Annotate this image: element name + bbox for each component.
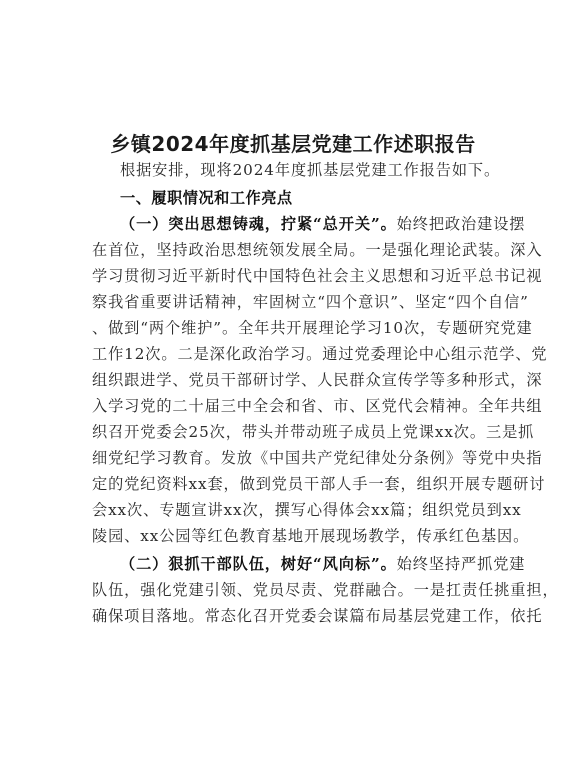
- paragraph-line: 组织跟进学、党员干部研讨学、人民群众宣传学等多种形式，深: [92, 369, 506, 391]
- subsection-heading: （二）狠抓干部队伍，树好“风向标”。: [120, 555, 397, 573]
- paragraph-line: 入学习党的二十届三中全会和省、市、区党代会精神。全年共组: [92, 395, 506, 417]
- paragraph-line: 工作12次。二是深化政治学习。通过党委理论中心组示范学、党: [92, 343, 506, 365]
- paragraph-line: 会xx次、专题宣讲xx次，撰写心得体会xx篇；组织党员到xx: [92, 499, 506, 521]
- paragraph-line: 细党纪学习教育。发放《中国共产党纪律处分条例》等党中央指: [92, 447, 506, 469]
- section-heading: 一、履职情况和工作亮点: [120, 187, 506, 209]
- paragraph-line: 队伍，强化党建引领、党员尽责、党群融合。一是扛责任挑重担，: [92, 579, 506, 601]
- paragraph-line: 陵园、xx公园等红色教育基地开展现场教学，传承红色基因。: [92, 525, 506, 547]
- paragraph-line: 察我省重要讲话精神，牢固树立“四个意识”、坚定“四个自信”: [92, 291, 506, 313]
- intro-paragraph: 根据安排，现将2024年度抓基层党建工作报告如下。: [120, 159, 506, 181]
- paragraph-line: 、做到“两个维护”。全年共开展理论学习10次，专题研究党建: [92, 317, 506, 339]
- paragraph-line: （二）狠抓干部队伍，树好“风向标”。始终坚持严抓党建: [120, 553, 506, 575]
- paragraph-line: 确保项目落地。常态化召开党委会谋篇布局基层党建工作，依托: [92, 605, 506, 627]
- subsection-heading: （一）突出思想铸魂，拧紧“总开关”。: [120, 215, 397, 233]
- document-page: 乡镇2024年度抓基层党建工作述职报告 根据安排，现将2024年度抓基层党建工作…: [0, 0, 586, 759]
- paragraph-line: （一）突出思想铸魂，拧紧“总开关”。始终把政治建设摆: [120, 213, 506, 235]
- paragraph-line: 定的党纪资料xx套，做到党员干部人手一套，组织开展专题研讨: [92, 473, 506, 495]
- document-title: 乡镇2024年度抓基层党建工作述职报告: [0, 128, 586, 157]
- paragraph-line: 织召开党委会25次，带头并带动班子成员上党课xx次。三是抓: [92, 421, 506, 443]
- paragraph-line: 学习贯彻习近平新时代中国特色社会主义思想和习近平总书记视: [92, 265, 506, 287]
- paragraph-line: 在首位，坚持政治思想统领发展全局。一是强化理论武装。深入: [92, 239, 506, 261]
